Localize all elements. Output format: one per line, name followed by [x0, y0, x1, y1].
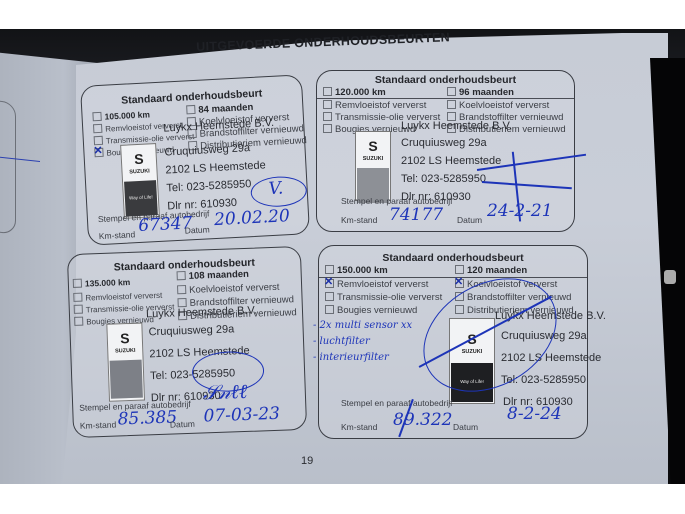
suzuki-s-icon: S — [121, 150, 156, 168]
item-label: Bougies vernieuwd — [337, 305, 417, 316]
item-label: Remvloeistof ververst — [335, 100, 426, 111]
datum-value[interactable]: 20.02.20 — [214, 206, 291, 230]
service-card-120000: Standaard onderhoudsbeurt 120.000 km 96 … — [316, 70, 575, 232]
checkbox[interactable] — [92, 112, 101, 121]
suzuki-s-icon: S — [356, 138, 390, 154]
datum-label: Datum — [184, 224, 210, 235]
months-label: 96 maanden — [459, 87, 514, 98]
card-title: Standaard onderhoudsbeurt — [317, 74, 574, 86]
service-card-135000: Standaard onderhoudsbeurt 135.000 km 108… — [67, 246, 307, 438]
km-checkbox[interactable]: 105.000 km — [92, 109, 150, 122]
datum-label: Datum — [457, 215, 482, 225]
divider — [319, 277, 587, 278]
stamp-street: Cruquiusweg 29a — [164, 142, 250, 158]
months-checkbox[interactable]: 120 maanden — [455, 265, 527, 276]
km-checkbox[interactable]: 150.000 km — [325, 265, 388, 276]
km-label: 120.000 km — [335, 87, 386, 98]
brand-name: SUZUKI — [356, 156, 390, 162]
stamp-city: 2102 LS Heemstede — [165, 159, 266, 176]
datum-value[interactable]: 8-2-24 — [507, 404, 562, 424]
item-label: Transmissie-olie ververst — [337, 292, 442, 303]
left-page-card — [0, 96, 16, 235]
item-label: Remvloeistof ververst — [337, 279, 428, 290]
item-label: Koelvloeistof ververst — [459, 100, 549, 111]
datum-label: Datum — [453, 422, 478, 432]
checkbox-checked[interactable] — [325, 279, 334, 288]
stamp-street: Cruquiusweg 29a — [148, 323, 234, 338]
item-remvloeistof[interactable]: Remvloeistof ververst — [323, 100, 426, 111]
divider — [317, 98, 574, 99]
suzuki-s-icon: S — [108, 330, 143, 347]
handwritten-note-3: - interieurfilter — [313, 352, 389, 363]
item-label: Remvloeistof ververst — [85, 291, 162, 303]
checkbox-checked[interactable] — [455, 279, 464, 288]
suzuki-logo: S SUZUKI — [355, 131, 391, 201]
stamp-phone: Tel: 023-5285950 — [401, 173, 486, 185]
checkbox[interactable] — [186, 105, 195, 114]
handwritten-note-1: - 2x multi sensor xx — [313, 320, 412, 331]
months-label: 120 maanden — [467, 265, 527, 276]
suzuki-logo: S SUZUKI — [106, 323, 145, 402]
initials-text: V. — [268, 178, 284, 199]
km-label: 150.000 km — [337, 265, 388, 276]
months-checkbox[interactable]: 96 maanden — [447, 87, 514, 98]
brand-name: SUZUKI — [108, 348, 142, 355]
signature-label: Stempel en paraaf autobedrijf — [341, 398, 453, 408]
service-card-150000: Standaard onderhoudsbeurt 150.000 km 120… — [318, 245, 588, 439]
stamp-photo — [110, 360, 143, 399]
km-stand-label: Km-stand — [341, 422, 377, 432]
brand-name: SUZUKI — [122, 168, 156, 176]
datum-label: Datum — [170, 419, 195, 430]
km-checkbox[interactable]: 120.000 km — [323, 87, 386, 98]
stamp-phone: Tel: 023-5285950 — [166, 178, 252, 194]
km-stand-label: Km-stand — [80, 420, 117, 431]
km-stand-value[interactable]: 85.385 — [117, 407, 177, 429]
km-stand-label: Km-stand — [341, 215, 377, 225]
datum-value[interactable]: 07-03-23 — [203, 404, 280, 427]
months-label: 108 maanden — [189, 269, 250, 282]
item-koelvloeistof[interactable]: Koelvloeistof ververst — [177, 282, 280, 297]
stamp-dealer-name: Luykx Heemstede B.V. — [401, 120, 512, 132]
months-checkbox[interactable]: 108 maanden — [177, 269, 250, 283]
stamp-street: Cruquiusweg 29a — [401, 137, 487, 149]
km-stand-value[interactable]: 74177 — [389, 205, 443, 225]
km-label: 105.000 km — [104, 109, 150, 121]
service-card-105000: Standaard onderhoudsbeurt 105.000 km 84 … — [80, 74, 310, 245]
item-remvloeistof[interactable]: Remvloeistof ververst — [73, 290, 162, 303]
km-label: 135.000 km — [85, 277, 131, 289]
item-transmissie[interactable]: Transmissie-olie ververst — [325, 292, 442, 303]
suzuki-logo: S SUZUKI Way of Life! — [120, 143, 160, 219]
handwritten-note-2: - luchtfilter — [313, 336, 370, 347]
km-stand-label: Km-stand — [99, 229, 136, 241]
item-label: Koelvloeistof ververst — [189, 282, 280, 296]
item-remvloeistof[interactable]: Remvloeistof ververst — [325, 279, 428, 290]
item-koelvloeistof[interactable]: Koelvloeistof ververst — [447, 100, 549, 111]
item-bougies[interactable]: Bougies vernieuwd — [325, 305, 417, 316]
background-object — [664, 270, 676, 284]
card-title: Standaard onderhoudsbeurt — [319, 252, 587, 264]
stamp-city: 2102 LS Heemstede — [401, 155, 501, 167]
signature-stroke — [482, 181, 572, 189]
signature-scribble: 𝒮𝓃ℓℓ — [202, 379, 247, 406]
page-number: 19 — [301, 455, 313, 467]
km-checkbox[interactable]: 135.000 km — [73, 277, 131, 289]
